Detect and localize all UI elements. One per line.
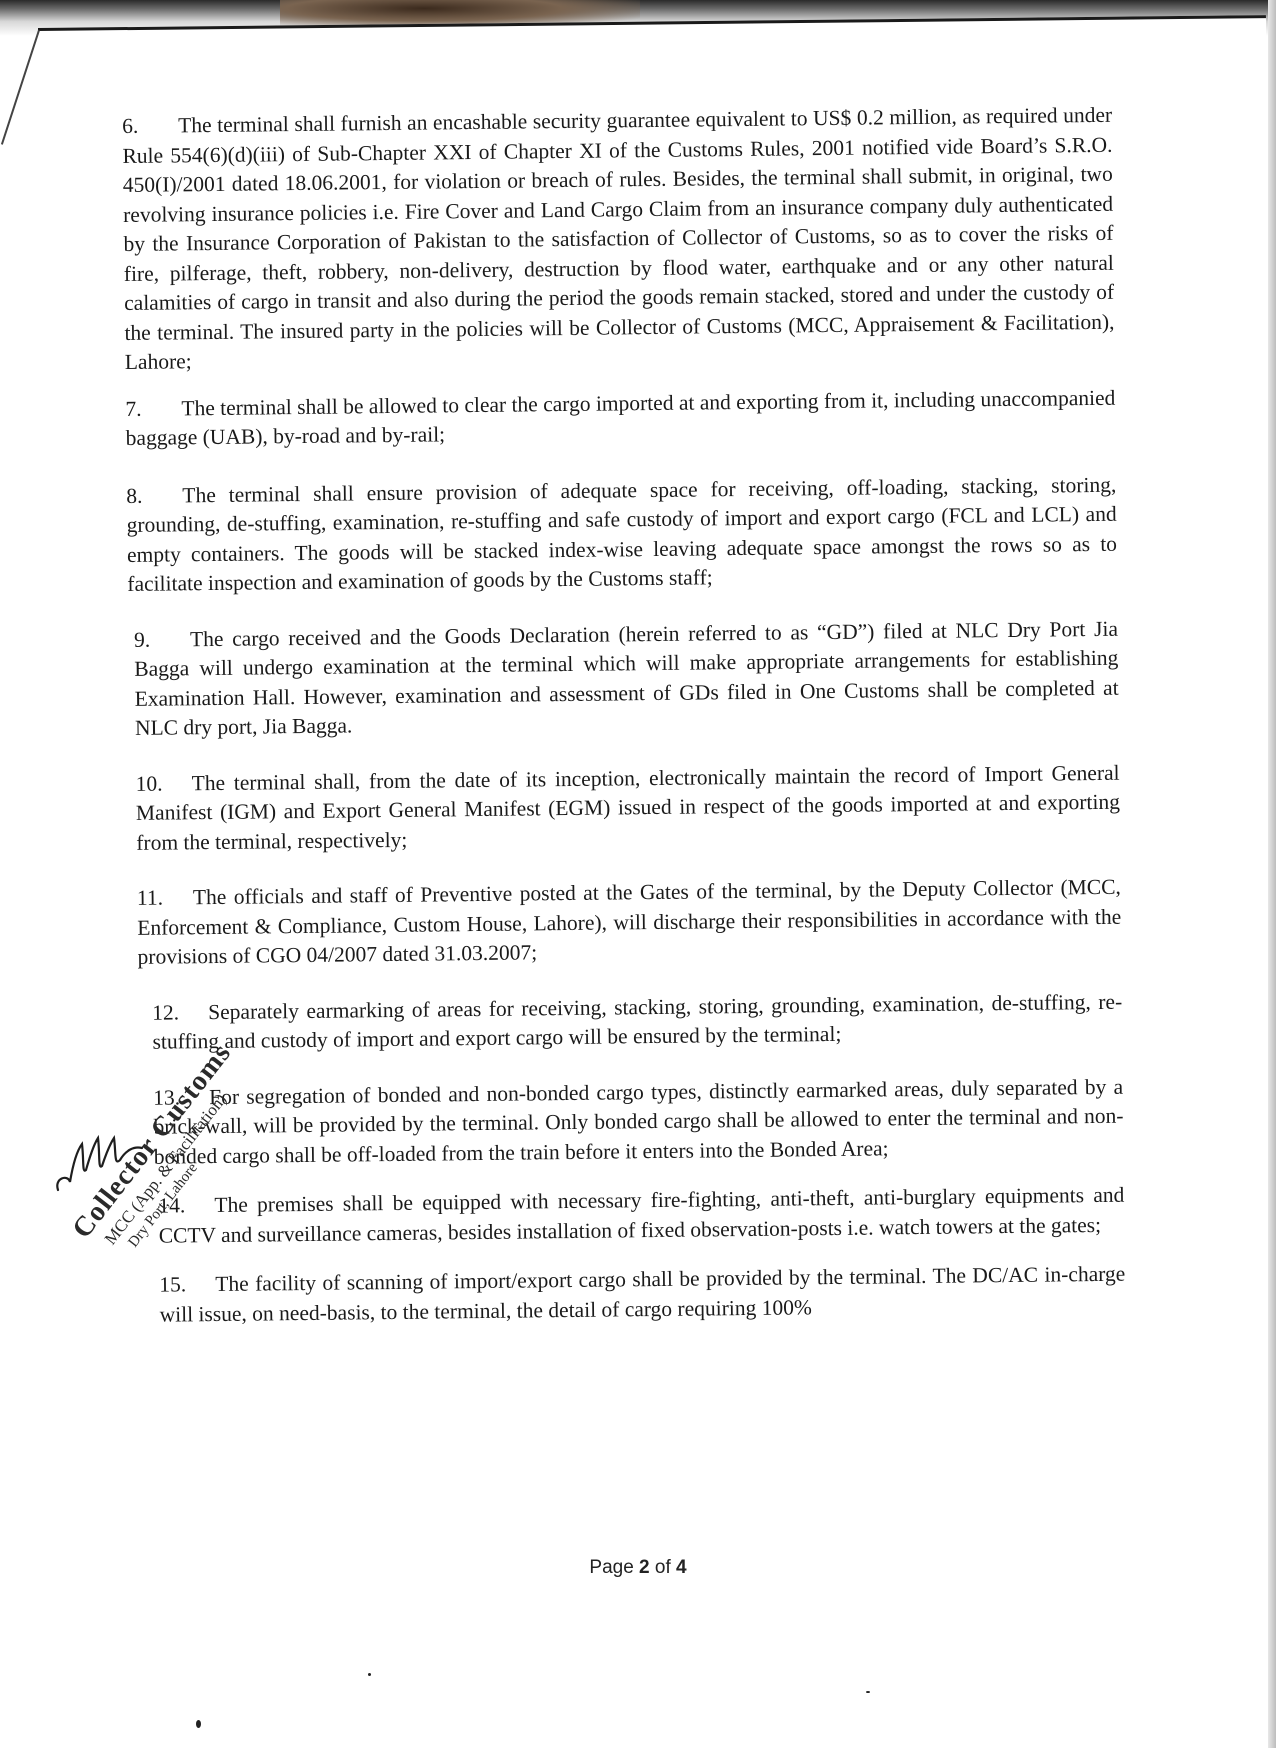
clause-number: 10. <box>135 769 191 799</box>
clause-text: The officials and staff of Preventive po… <box>137 875 1121 969</box>
clause-13: 13.For segregation of bonded and non-bon… <box>133 1072 1124 1172</box>
clause-8: 8.The terminal shall ensure provision of… <box>126 470 1117 599</box>
clause-text: The cargo received and the Goods Declara… <box>134 616 1119 740</box>
page-label: Page <box>589 1557 639 1578</box>
clause-9: 9.The cargo received and the Goods Decla… <box>128 614 1119 743</box>
scan-speck <box>866 1691 870 1693</box>
clause-number: 7. <box>125 394 181 424</box>
page-of: of <box>650 1557 676 1578</box>
clause-number: 15. <box>159 1270 215 1300</box>
page-edge-right <box>1268 0 1276 1748</box>
page-edge <box>1 30 40 145</box>
signature-icon <box>52 1130 172 1200</box>
clause-number: 9. <box>134 625 190 655</box>
scan-speck <box>368 1673 371 1676</box>
clause-number: 13. <box>153 1083 209 1113</box>
clause-number: 12. <box>152 998 208 1028</box>
clause-number: 11. <box>137 883 193 913</box>
current-page: 2 <box>639 1557 650 1578</box>
clause-text: The premises shall be equipped with nece… <box>159 1183 1125 1247</box>
clause-7: 7.The terminal shall be allowed to clear… <box>125 383 1116 453</box>
clause-number: 8. <box>126 481 182 511</box>
clause-text: For segregation of bonded and non-bonded… <box>153 1074 1123 1168</box>
clause-12: 12.Separately earmarking of areas for re… <box>132 987 1123 1057</box>
clause-text: The terminal shall, from the date of its… <box>136 760 1120 854</box>
clause-text: The terminal shall be allowed to clear t… <box>126 385 1116 450</box>
clause-number: 6. <box>122 111 178 141</box>
clause-10: 10.The terminal shall, from the date of … <box>129 758 1120 858</box>
page-footer: Page 2 of 4 <box>0 1557 1276 1579</box>
clause-text: The facility of scanning of import/expor… <box>160 1262 1126 1326</box>
clause-14: 14.The premises shall be equipped with n… <box>134 1181 1125 1251</box>
clause-15: 15.The facility of scanning of import/ex… <box>135 1260 1126 1330</box>
document-body: 6.The terminal shall furnish an encashab… <box>122 101 1126 1347</box>
clause-text: Separately earmarking of areas for recei… <box>152 989 1122 1054</box>
scan-speck <box>196 1720 201 1728</box>
clause-text: The terminal shall ensure provision of a… <box>127 472 1118 596</box>
total-pages: 4 <box>676 1557 687 1578</box>
clause-11: 11.The officials and staff of Preventive… <box>131 873 1122 973</box>
clause-text: The terminal shall furnish an encashable… <box>122 103 1114 374</box>
clause-6: 6.The terminal shall furnish an encashab… <box>122 101 1115 378</box>
